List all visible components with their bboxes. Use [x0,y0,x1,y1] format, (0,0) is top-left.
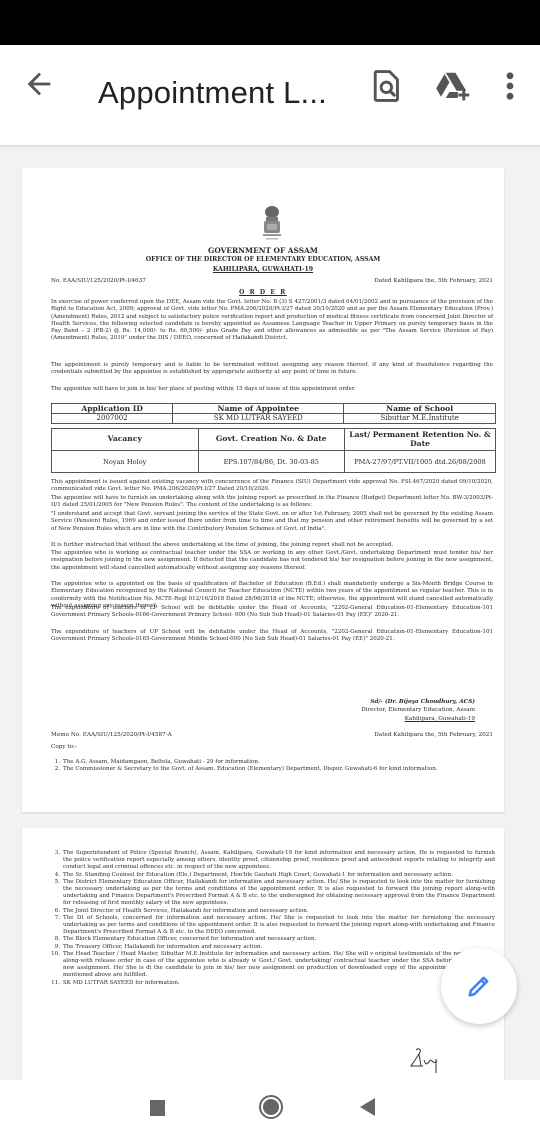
cell-retention-no: PMA-27/97/PT.VII/1005 dtd.26/08/2008 [345,451,496,473]
list-item: 9.The Treasury Officer, Hailakandi for i… [51,944,495,951]
cell-vacancy: Noyan Holoy [52,451,199,473]
recents-square-icon[interactable] [150,1100,165,1116]
paragraph-4: This appointment is issued against exist… [51,479,493,494]
list-item: 4.The Sr. Standing Counsel for Education… [51,872,495,879]
paragraph-7: It is further instructed that without th… [51,542,493,549]
system-nav-bar [0,1080,540,1140]
paragraph-11: The expenditure of teachers of UP School… [51,629,493,644]
edit-pencil-icon [465,972,493,1000]
list-item: 7.The DI of Schools, concerned for infor… [51,915,495,937]
col-creation-no: Govt. Creation No. & Date [198,429,345,451]
col-retention-no: Last/ Permanent Retention No. & Date [345,429,496,451]
list-item: 6.The Joint Director of Health Services,… [51,908,495,915]
header-government: GOVERNMENT OF ASSAM [22,246,504,255]
list-item: 2.The Commissioner & Secretary to the Go… [51,766,495,773]
copy-to-label: Copy to:- [51,744,493,750]
col-appointee-name: Name of Appointee [173,404,344,414]
header-office: OFFICE OF THE DIRECTOR OF ELEMENTARY EDU… [22,256,504,263]
cell-school-name: Sibuttar M.E.Institute [344,414,496,424]
col-vacancy: Vacancy [52,429,199,451]
memo-date: Dated Kahilipara the, 5th February, 2021 [374,732,493,738]
signatory-place: Kahilipara, Guwahati-19 [361,715,475,723]
paragraph-3: The appointee will have to join in his/ … [51,386,493,393]
memo-row: Memo No. EAA/SIU/125/2020/Pt-I/4587-A Da… [51,732,493,738]
ref-row: No. EAA/SIU/125/2020/Pt-I/4637 Dated Kah… [51,278,493,284]
list-item: 8.The Block Elementary Education Officer… [51,936,495,943]
ref-number: No. EAA/SIU/125/2020/Pt-I/4637 [51,278,146,284]
document-search-icon[interactable] [372,69,402,103]
document-page-1: GOVERNMENT OF ASSAM OFFICE OF THE DIRECT… [22,168,504,812]
cell-creation-no: EPS.107/84/86, Dt. 30-03-85 [198,451,345,473]
header-address: KAHILIPARA, GUWAHATI-19 [22,266,504,273]
paragraph-2: The appointment is purely temporary and … [51,362,493,377]
signature-block: Sd/- (Dr. Bijoya Choudhury, ACS) Directo… [361,698,475,723]
ref-date: Dated Kahilipara the, 5th February, 2021 [374,278,493,284]
vacancy-table: Vacancy Govt. Creation No. & Date Last/ … [51,428,496,473]
paragraph-8: The appointee who is working as contract… [51,550,493,572]
list-item: 11.SK MD LUTFAR SAYEED for information. [51,980,495,987]
back-triangle-icon[interactable] [360,1098,375,1116]
memo-number: Memo No. EAA/SIU/125/2020/Pt-I/4587-A [51,732,172,738]
col-school-name: Name of School [344,404,496,414]
paragraph-10: The expenditure of teachers of LP School… [51,605,493,620]
back-arrow-icon[interactable] [22,67,56,101]
status-bar [0,0,540,45]
copy-list-page-2: 3.The Superintendent of Police (Special … [51,850,495,987]
edit-fab-button[interactable] [441,948,517,1024]
home-circle-icon[interactable] [259,1095,283,1119]
table-row: 2007002 SK MD LUTFAR SAYEED Sibuttar M.E… [52,414,496,424]
table-row: Noyan Holoy EPS.107/84/86, Dt. 30-03-85 … [52,451,496,473]
paragraph-1: In exercise of power conferred upon the … [51,299,493,343]
document-title: Appointment L... [98,75,327,111]
signatory-designation: Director, Elementary Education, Assam [361,706,475,714]
cell-appointee-name: SK MD LUTFAR SAYEED [173,414,344,424]
col-application-id: Application ID [52,404,173,414]
document-page-2: 3.The Superintendent of Police (Special … [22,828,504,1080]
list-item: 3.The Superintendent of Police (Special … [51,850,495,872]
signatory-name: Sd/- (Dr. Bijoya Choudhury, ACS) [361,698,475,706]
app-bar: Appointment L... [0,45,540,146]
order-title: O R D E R [22,289,504,296]
handwritten-signature [406,1046,442,1074]
more-vert-icon[interactable] [500,69,520,103]
paragraph-5: The appointee will have to furnish an un… [51,495,493,510]
list-item: 5.The District Elementary Education Offi… [51,879,495,908]
list-item: 10.The Head Teacher / Head Master, Sibut… [51,951,495,980]
cell-application-id: 2007002 [52,414,173,424]
national-emblem-icon [260,204,284,244]
copy-list-page-1: 1.The A.G, Assam, Maidamgaon, Beltola, G… [51,759,495,773]
appointee-table: Application ID Name of Appointee Name of… [51,403,496,424]
paragraph-6: "I understand and accept that Govt. serv… [51,511,493,533]
add-to-drive-icon[interactable] [435,69,471,103]
